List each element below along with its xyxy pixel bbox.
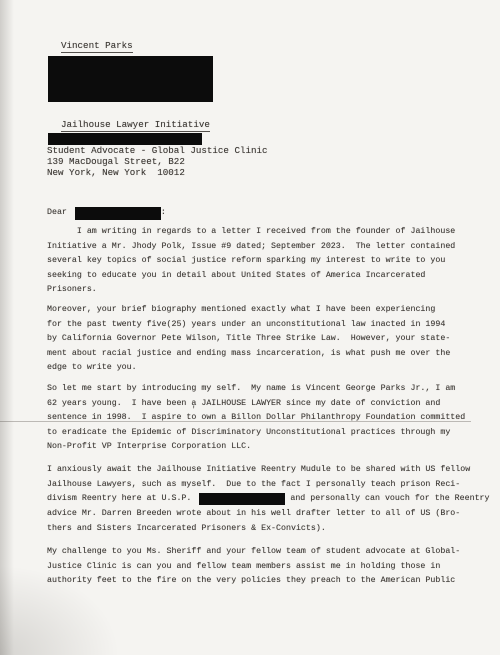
redaction-box-prison-name	[199, 493, 285, 505]
paragraph-3: So let me start by introducing my self. …	[47, 382, 465, 455]
paragraph-4-after-redaction: and personally can vouch for the Reentry	[285, 492, 489, 507]
paragraph-4-part2: advice Mr. Darren Breeden wrote about in…	[47, 507, 460, 536]
redaction-box-recipient-salutation	[75, 207, 161, 220]
scanned-letter-page: Vincent Parks Jailhouse Lawyer Initiativ…	[0, 0, 500, 655]
sender-name: Vincent Parks	[61, 40, 133, 53]
paragraph-1: I am writing in regards to a letter I re…	[47, 225, 455, 298]
salutation-suffix: :	[161, 206, 166, 221]
paragraph-5: My challenge to you Ms. Sheriff and your…	[47, 545, 460, 589]
recipient-address-line-3: New York, New York 10012	[47, 167, 185, 178]
recipient-address-line-1: Student Advocate - Global Justice Clinic	[47, 145, 268, 156]
paragraph-4-part1: I anxiously await the Jailhouse Initiati…	[47, 463, 470, 492]
paragraph-2: Moreover, your brief biography mentioned…	[47, 303, 450, 376]
salutation-line: Dear :	[47, 205, 166, 221]
redaction-box-sender-address	[48, 56, 213, 102]
recipient-address-line-2: 139 MacDougal Street, B22	[47, 156, 185, 167]
paragraph-4-before-redaction: divism Reentry here at U.S.P.	[47, 492, 196, 507]
paragraph-4-redacted-line: divism Reentry here at U.S.P. and person…	[47, 492, 490, 507]
salutation-prefix: Dear	[47, 206, 67, 221]
scan-edge-shadow	[0, 0, 14, 655]
scan-line-artifact	[0, 421, 471, 422]
recipient-org-name: Jailhouse Lawyer Initiative	[61, 119, 210, 132]
handwritten-apostrophe-mark: '	[191, 405, 196, 415]
redaction-bar-recipient-name	[48, 133, 202, 145]
